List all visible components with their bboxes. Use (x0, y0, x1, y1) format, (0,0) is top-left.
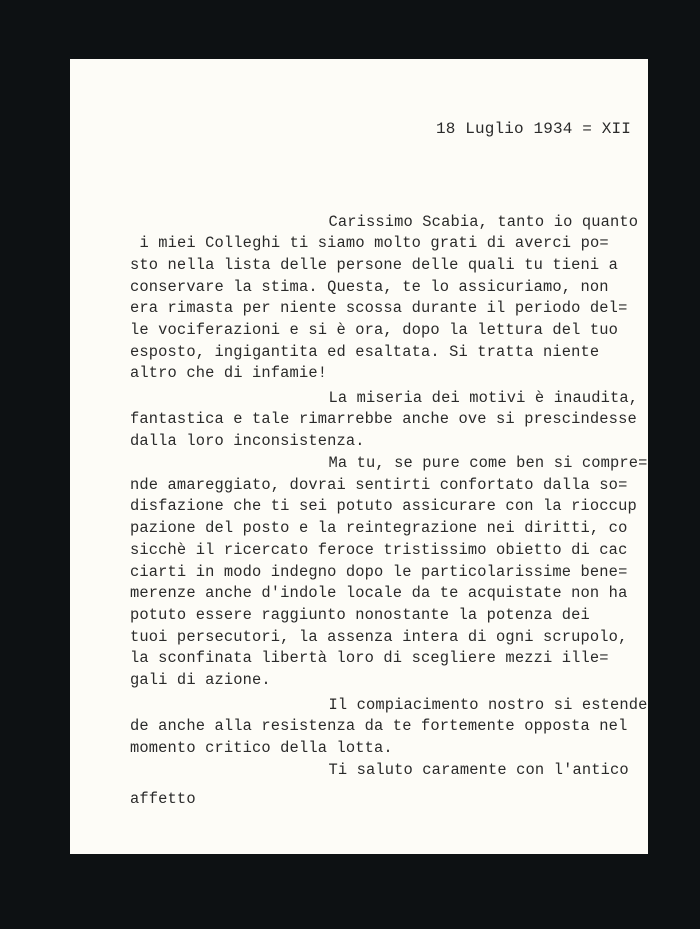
letter-line: La miseria dei motivi è inaudita, (328, 389, 638, 407)
letter-line: Carissimo Scabia, tanto io quanto (328, 213, 638, 231)
letter-line: de anche alla resistenza da te fortement… (130, 717, 627, 735)
letter-page: 18 Luglio 1934 = XII Carissimo Scabia, t… (70, 59, 648, 854)
letter-line: Il compiacimento nostro si estende (328, 696, 647, 714)
letter-line: conservare la stima. Questa, te lo assic… (130, 278, 609, 296)
letter-line: momento critico della lotta. (130, 739, 393, 757)
letter-line: potuto essere raggiunto nonostante la po… (130, 606, 590, 624)
letter-line: sicchè il ricercato feroce tristissimo o… (130, 541, 627, 559)
letter-line: merenze anche d'indole locale da te acqu… (130, 584, 627, 602)
letter-line: fantastica e tale rimarrebbe anche ove s… (130, 410, 637, 428)
letter-line: ciarti in modo indegno dopo le particola… (130, 563, 627, 581)
letter-line: era rimasta per niente scossa durante il… (130, 299, 627, 317)
letter-line: Ti saluto caramente con l'antico (328, 761, 628, 779)
letter-line: Ma tu, se pure come ben si compre= (328, 454, 647, 472)
letter-line: gali di azione. (130, 671, 271, 689)
letter-line: altro che di infamie! (130, 364, 327, 382)
letter-line: nde amareggiato, dovrai sentirti confort… (130, 476, 627, 494)
letter-line: i miei Colleghi ti siamo molto grati di … (139, 234, 608, 252)
letter-line: affetto (130, 790, 196, 808)
letter-date: 18 Luglio 1934 = XII (436, 120, 631, 138)
letter-line: pazione del posto e la reintegrazione ne… (130, 519, 627, 537)
letter-line: tuoi persecutori, la assenza intera di o… (130, 628, 627, 646)
letter-line: dalla loro inconsistenza. (130, 432, 365, 450)
letter-line: la sconfinata libertà loro di scegliere … (130, 649, 609, 667)
letter-line: le vociferazioni e si è ora, dopo la let… (130, 321, 618, 339)
letter-line: esposto, ingigantita ed esaltata. Si tra… (130, 343, 599, 361)
letter-line: disfazione che ti sei potuto assicurare … (130, 497, 637, 515)
letter-line: sto nella lista delle persone delle qual… (130, 256, 618, 274)
